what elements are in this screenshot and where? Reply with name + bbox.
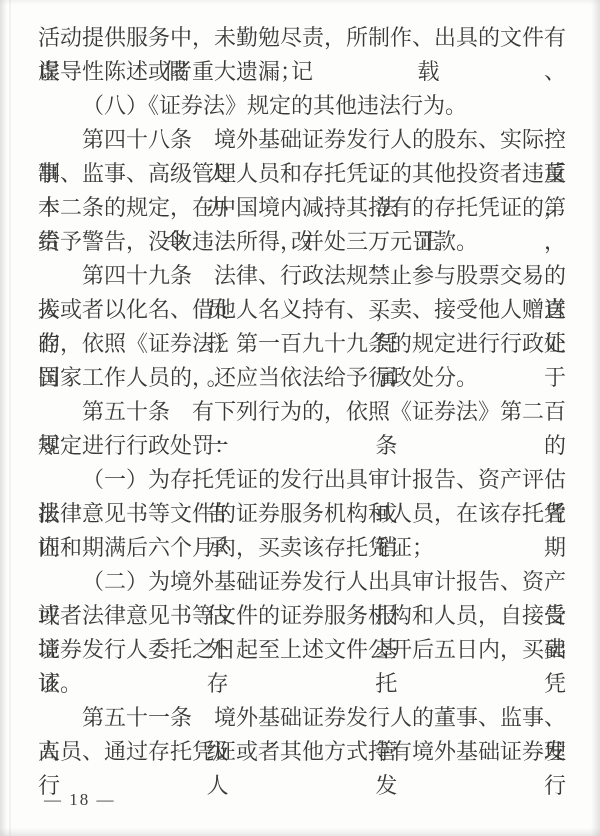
text-line: 或者法律意见书等文件的证券服务机构和人员，自接受境外基础	[38, 599, 566, 633]
text-line: 第五十条 有下列行为的，依照《证券法》第二百零一条的	[38, 395, 566, 429]
text-line: 第四十八条 境外基础证券发行人的股东、实际控制人、董	[38, 123, 566, 157]
text-line: 活动提供服务中，未勤勉尽责，所制作、出具的文件有虚假记载、	[38, 21, 566, 55]
text-line: 的，依照《证券法》第一百九十九条的规定进行行政处罚。属于	[38, 327, 566, 361]
document-lines: 活动提供服务中，未勤勉尽责，所制作、出具的文件有虚假记载、误导性陈述或者重大遗漏…	[38, 21, 566, 769]
text-line: （一）为存托凭证的发行出具审计报告、资产评估报告或者	[38, 463, 566, 497]
text-line: （八）《证券法》规定的其他违法行为。	[38, 89, 566, 123]
text-line: 证券发行人委托之日起至上述文件公开后五日内，买卖该存托凭	[38, 633, 566, 667]
text-line: 事、监事、高级管理人员和存托凭证的其他投资者违反本办法第	[38, 157, 566, 191]
text-line: 法律意见书等文件的证券服务机构和人员，在该存托凭证承销期	[38, 497, 566, 531]
text-line: 十二条的规定，在中国境内减持其持有的存托凭证的，责令改正，	[38, 191, 566, 225]
text-line: 第四十九条 法律、行政法规禁止参与股票交易的人员，直	[38, 259, 566, 293]
text-line: 接或者以化名、借他人名义持有、买卖、接受他人赠送存托凭证	[38, 293, 566, 327]
page-number: — 18 —	[44, 790, 116, 810]
document-page: 活动提供服务中，未勤勉尽责，所制作、出具的文件有虚假记载、误导性陈述或者重大遗漏…	[0, 0, 600, 836]
text-line: 第五十一条 境外基础证券发行人的董事、监事、高级管理	[38, 701, 566, 735]
text-line: 人员、通过存托凭证或者其他方式持有境外基础证券发行人发行	[38, 735, 566, 769]
text-line: （二）为境外基础证券发行人出具审计报告、资产评估报告	[38, 565, 566, 599]
